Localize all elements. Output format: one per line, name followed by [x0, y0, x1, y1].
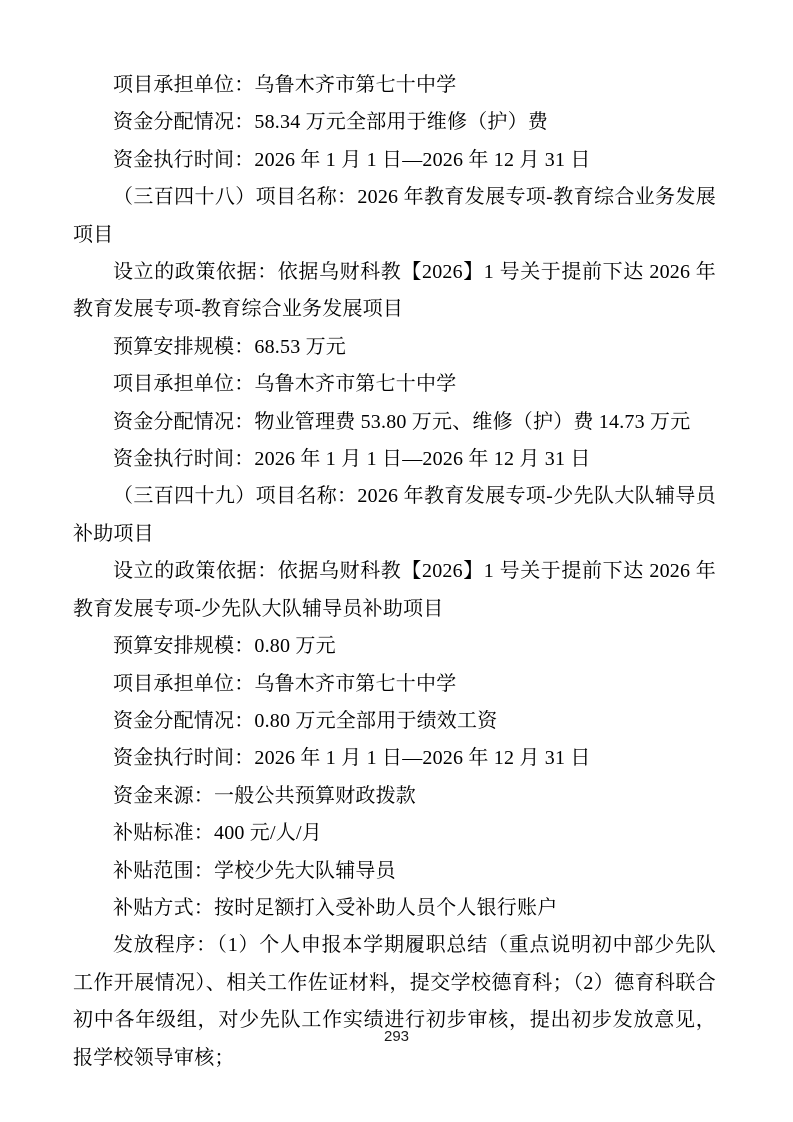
paragraph-subsidy-method: 补贴方式：按时足额打入受补助人员个人银行账户	[73, 890, 716, 927]
paragraph-budget-scale: 预算安排规模：68.53 万元	[73, 329, 716, 366]
document-page: 项目承担单位：乌鲁木齐市第七十中学 资金分配情况：58.34 万元全部用于维修（…	[0, 0, 793, 1122]
paragraph-fund-allocation: 资金分配情况：0.80 万元全部用于绩效工资	[73, 703, 716, 740]
paragraph-project-348-title: （三百四十八）项目名称：2026 年教育发展专项-教育综合业务发展项目	[73, 179, 716, 254]
paragraph-fund-source: 资金来源：一般公共预算财政拨款	[73, 778, 716, 815]
paragraph-subsidy-standard: 补贴标准：400 元/人/月	[73, 815, 716, 852]
paragraph-subsidy-scope: 补贴范围：学校少先大队辅导员	[73, 853, 716, 890]
paragraph-policy-basis: 设立的政策依据：依据乌财科教【2026】1 号关于提前下达 2026 年教育发展…	[73, 553, 716, 628]
paragraph-project-349-title: （三百四十九）项目名称：2026 年教育发展专项-少先队大队辅导员补助项目	[73, 478, 716, 553]
paragraph-policy-basis: 设立的政策依据：依据乌财科教【2026】1 号关于提前下达 2026 年教育发展…	[73, 254, 716, 329]
paragraph-project-unit: 项目承担单位：乌鲁木齐市第七十中学	[73, 666, 716, 703]
paragraph-project-unit: 项目承担单位：乌鲁木齐市第七十中学	[73, 67, 716, 104]
paragraph-budget-scale: 预算安排规模：0.80 万元	[73, 628, 716, 665]
paragraph-fund-allocation: 资金分配情况：物业管理费 53.80 万元、维修（护）费 14.73 万元	[73, 404, 716, 441]
paragraph-project-unit: 项目承担单位：乌鲁木齐市第七十中学	[73, 366, 716, 403]
paragraph-fund-period: 资金执行时间：2026 年 1 月 1 日—2026 年 12 月 31 日	[73, 441, 716, 478]
page-number: 293	[0, 1028, 793, 1045]
paragraph-fund-period: 资金执行时间：2026 年 1 月 1 日—2026 年 12 月 31 日	[73, 142, 716, 179]
paragraph-fund-period: 资金执行时间：2026 年 1 月 1 日—2026 年 12 月 31 日	[73, 740, 716, 777]
document-body: 项目承担单位：乌鲁木齐市第七十中学 资金分配情况：58.34 万元全部用于维修（…	[73, 67, 716, 1077]
paragraph-fund-allocation: 资金分配情况：58.34 万元全部用于维修（护）费	[73, 104, 716, 141]
paragraph-disbursement-procedure: 发放程序：（1）个人申报本学期履职总结（重点说明初中部少先队工作开展情况）、相关…	[73, 927, 716, 1077]
